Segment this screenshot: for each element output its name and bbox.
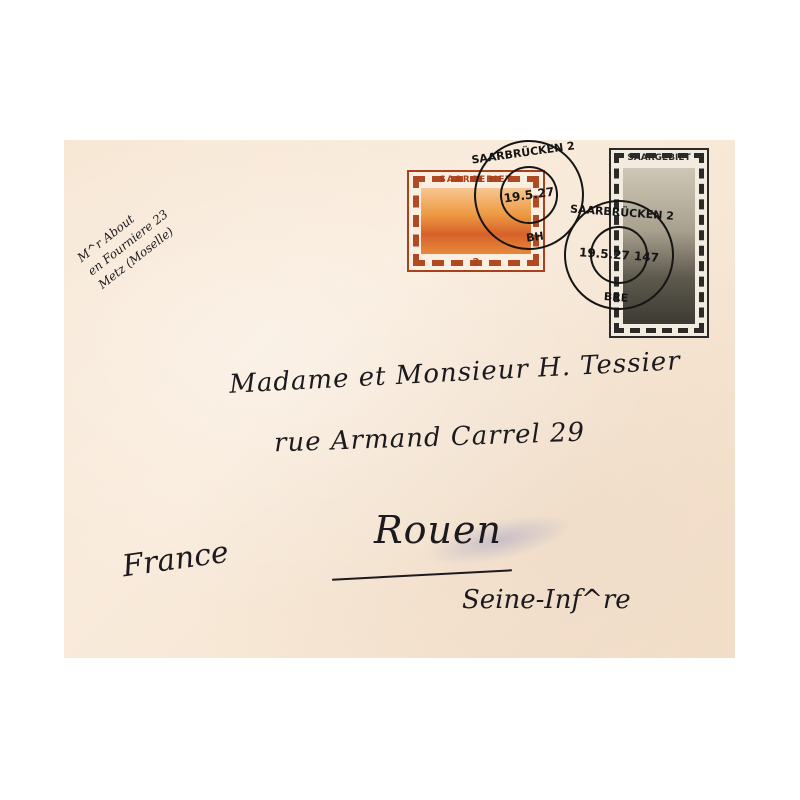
postmark-code: BRE: [563, 287, 670, 307]
postmark-2: SAARBRÜCKEN 2 19.5.27 147 BRE: [560, 196, 677, 313]
recipient-country: France: [120, 535, 231, 585]
recipient-city: Rouen: [374, 508, 502, 552]
postmark-city: SAARBRÜCKEN 2: [470, 139, 577, 167]
stamp-country: SAARGEBIET: [611, 153, 707, 163]
stamp-value: 2: [409, 257, 543, 268]
recipient-name: Madame et Monsieur H. Tessier: [229, 346, 682, 400]
recipient-region: Seine-Inf^re: [462, 585, 631, 615]
recipient-street: rue Armand Carrel 29: [274, 418, 586, 459]
city-underline: [332, 569, 512, 580]
envelope: M^r About en Fourniere 23 Metz (Moselle)…: [64, 140, 735, 658]
